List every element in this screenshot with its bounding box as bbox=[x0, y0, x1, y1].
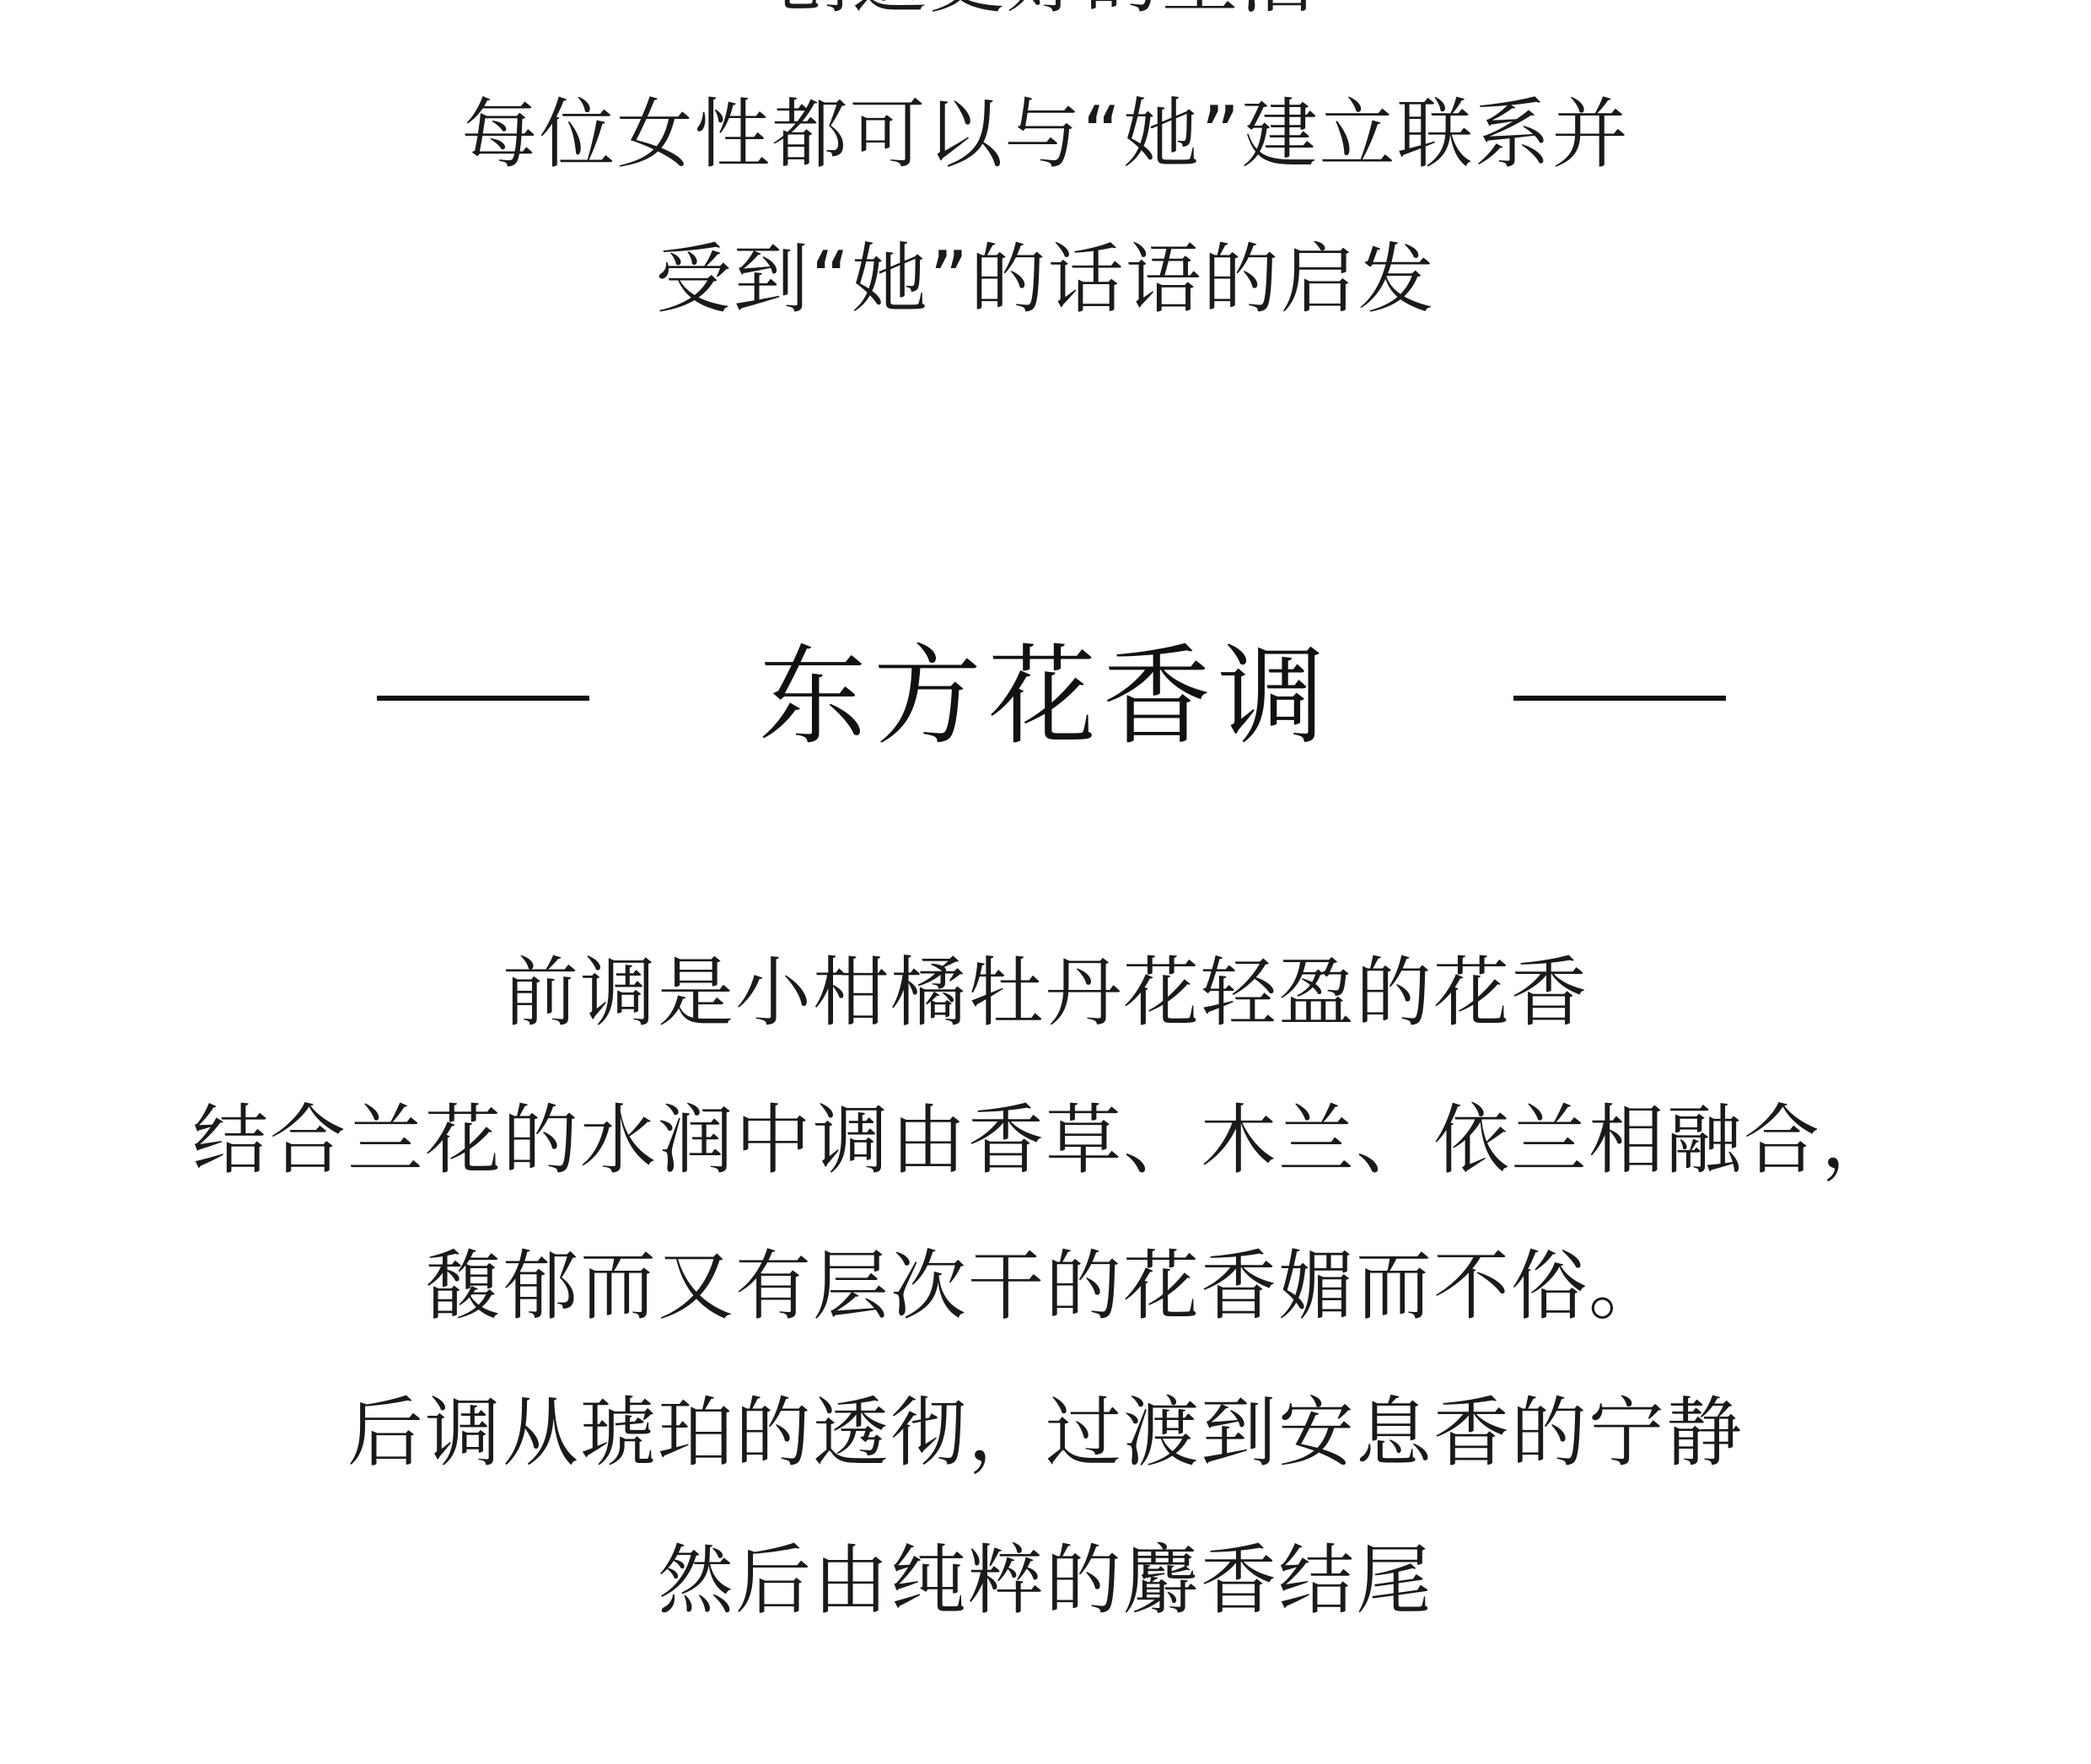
intro-line: 创造更好的生活 bbox=[0, 0, 2091, 30]
intro-line: 受到“她”的话语的启发 bbox=[0, 229, 2091, 331]
notes-line: 前调是小柑橘牡丹花轻盈的花香 bbox=[0, 943, 2091, 1044]
notes-line: 馥郁而又有层次干的花香媚而不俗。 bbox=[0, 1236, 2091, 1337]
notes-line: 后调从琥珀的透彻，过渡到安息香的宁静 bbox=[0, 1383, 2091, 1484]
section-heading-row: 东方花香调 bbox=[0, 647, 2091, 748]
intro-line: 每位女性都可以与“她”建立联系并 bbox=[0, 84, 2091, 186]
notes-line: 结合兰花的水润中调由香草、木兰、依兰相融合， bbox=[0, 1090, 2091, 1191]
section-title: 东方花香调 bbox=[0, 647, 2091, 748]
decorative-rule-right bbox=[1513, 696, 1726, 701]
notes-line: 然后由纯粹的麝香结尾 bbox=[0, 1530, 2091, 1632]
